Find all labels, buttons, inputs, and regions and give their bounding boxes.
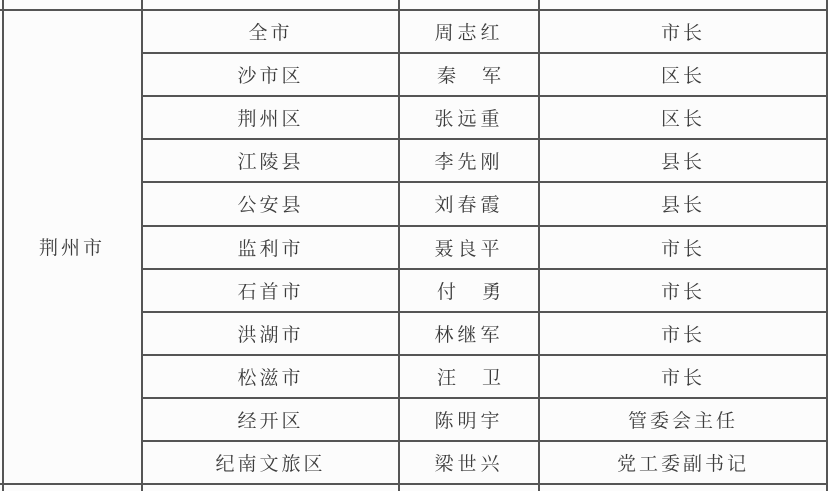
- title-cell: 市长: [540, 270, 826, 311]
- name-cell: 张远重: [400, 97, 538, 138]
- area-cell: 经开区: [143, 399, 398, 440]
- area-cell: 松滋市: [143, 356, 398, 397]
- title-cell: 管委会主任: [540, 399, 826, 440]
- title-cell: 党工委副书记: [540, 442, 826, 483]
- area-cell: 全市: [143, 11, 398, 52]
- title-cell: 市长: [540, 227, 826, 268]
- area-cell: 监利市: [143, 227, 398, 268]
- title-cell: 区长: [540, 97, 826, 138]
- title-cell: 市长: [540, 356, 826, 397]
- name-cell: 梁世兴: [400, 442, 538, 483]
- title-cell: 市长: [540, 313, 826, 354]
- name-cell: 李先刚: [400, 140, 538, 181]
- title-cell: 区长: [540, 54, 826, 95]
- name-cell: 聂良平: [400, 227, 538, 268]
- area-cell: 沙市区: [143, 54, 398, 95]
- name-cell: 汪卫: [400, 356, 538, 397]
- title-cell: 县长: [540, 140, 826, 181]
- area-cell: 石首市: [143, 270, 398, 311]
- area-cell: 纪南文旅区: [143, 442, 398, 483]
- area-cell: 荆州区: [143, 97, 398, 138]
- name-cell: 秦军: [400, 54, 538, 95]
- name-cell: 周志红: [400, 11, 538, 52]
- area-cell: 公安县: [143, 183, 398, 224]
- name-cell: 付勇: [400, 270, 538, 311]
- name-cell: 林继军: [400, 313, 538, 354]
- document-page: 荆州市 全市周志红市长沙市区秦军区长荆州区张远重区长江陵县李先刚县长公安县刘春霞…: [0, 0, 828, 491]
- area-cell: 洪湖市: [143, 313, 398, 354]
- grid-line-horizontal: [0, 483, 828, 485]
- title-cell: 市长: [540, 11, 826, 52]
- area-cell: 江陵县: [143, 140, 398, 181]
- name-cell: 刘春霞: [400, 183, 538, 224]
- name-cell: 陈明宇: [400, 399, 538, 440]
- city-cell: 荆州市: [3, 10, 141, 483]
- title-cell: 县长: [540, 183, 826, 224]
